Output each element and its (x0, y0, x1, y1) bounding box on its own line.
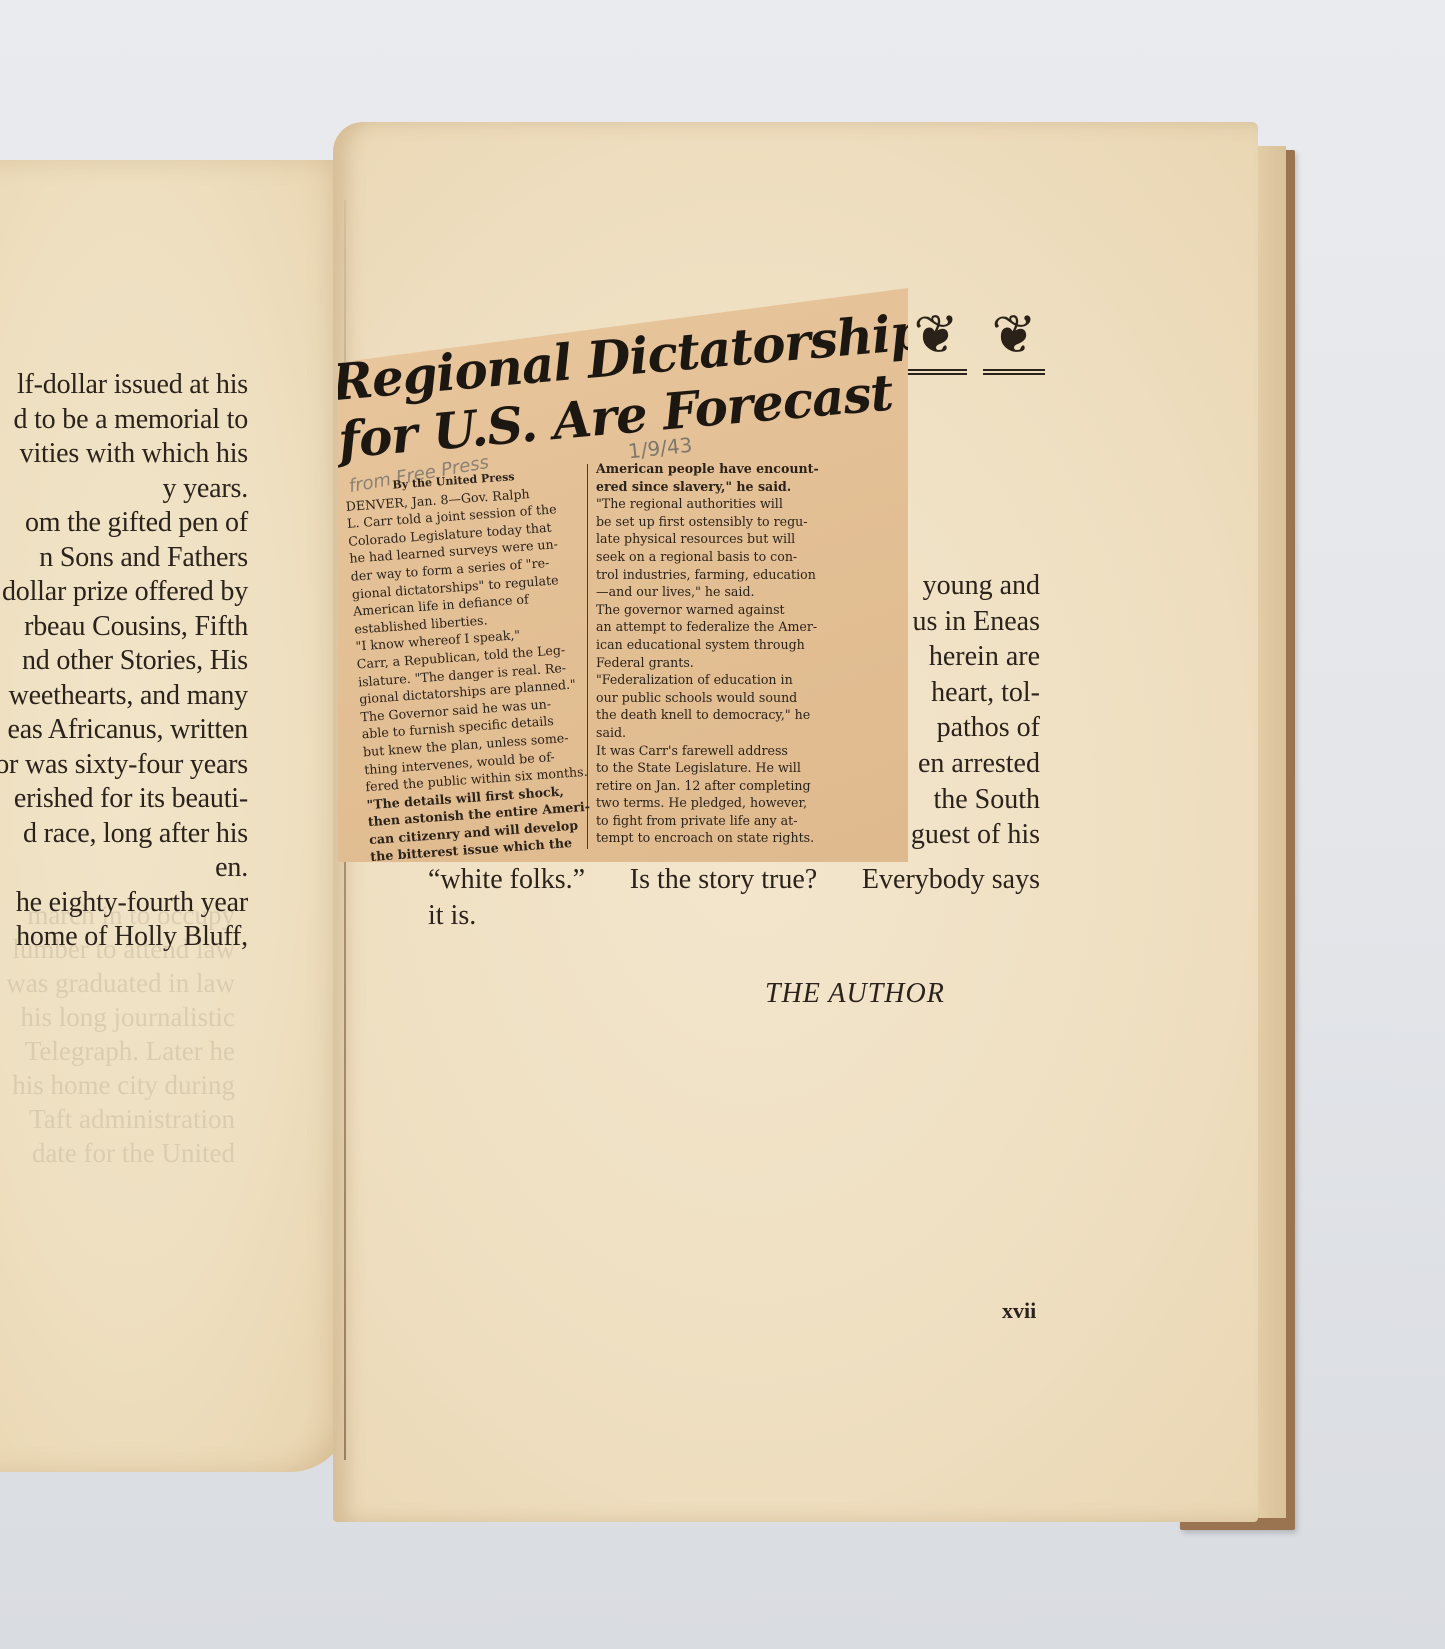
clipping-line: trol industries, farming, education (596, 566, 901, 584)
fountain-ornament-icon: ❦ (983, 305, 1045, 375)
clipping-line: an attempt to federalize the Amer- (596, 618, 901, 636)
text-line: us in Eneas (905, 604, 1040, 640)
clipping-column-1: By the United Press DENVER, Jan. 8—Gov. … (344, 463, 610, 866)
text-line: nd other Stories, His (0, 644, 248, 679)
clipping-line: two terms. He pledged, however, (596, 794, 901, 812)
author-signature: THE AUTHOR (765, 978, 945, 1010)
closing-phrase: “white folks.” (428, 862, 585, 898)
clipping-line: ered since slavery," he said. (596, 478, 901, 496)
clipping-line: American people have encount- (596, 460, 901, 478)
text-line: dollar prize offered by (0, 575, 248, 610)
text-line: d race, long after his (0, 817, 248, 852)
right-page-closing-text: “white folks.” Is the story true? Everyb… (428, 862, 1040, 934)
handwritten-date-note: 1/9/43 (627, 433, 694, 464)
text-line: guest of his (905, 817, 1040, 853)
clipping-line: "Federalization of education in (596, 671, 901, 689)
clipping-line: It was Carr's farewell address (596, 742, 901, 760)
closing-line: it is. (428, 898, 1040, 934)
text-line: lf-dollar issued at his (0, 368, 248, 403)
clipping-line: Federal grants. (596, 654, 901, 672)
text-line: y years. (0, 472, 248, 507)
text-line: vities with which his (0, 437, 248, 472)
clipping-line: be set up first ostensibly to regu- (596, 513, 901, 531)
bleed-through-line: was graduated in law (0, 966, 235, 1000)
clipping-line: the death knell to democracy," he (596, 706, 901, 724)
text-line: young and (905, 568, 1040, 604)
text-line: the South (905, 782, 1040, 818)
clipping-line: retire on Jan. 12 after completing (596, 777, 901, 795)
text-line: home of Holly Bluff, (0, 920, 248, 955)
text-line: heart, tol- (905, 675, 1040, 711)
text-line: en. (0, 851, 248, 886)
clipping-line: late physical resources but will (596, 530, 901, 548)
text-line: weethearts, and many (0, 679, 248, 714)
bleed-through-line: his home city during (0, 1068, 235, 1102)
fountain-ornaments: ❦ ❦ (905, 305, 1045, 375)
closing-phrase: Everybody says (862, 862, 1040, 898)
text-line: he eighty-fourth year (0, 886, 248, 921)
text-line: eas Africanus, written (0, 713, 248, 748)
text-line: om the gifted pen of (0, 506, 248, 541)
text-line: pathos of (905, 710, 1040, 746)
bleed-through-line: Taft administration (0, 1102, 235, 1136)
clipping-line: said. (596, 724, 901, 742)
text-line: rbeau Cousins, Fifth (0, 610, 248, 645)
left-page: march in to occupylumber to attend lawwa… (0, 160, 350, 1472)
bleed-through-line: date for the United (0, 1136, 235, 1170)
text-line: or was sixty-four years (0, 748, 248, 783)
text-line: herein are (905, 639, 1040, 675)
clipping-line: tempt to encroach on state rights. (596, 829, 901, 847)
text-line: en arrested (905, 746, 1040, 782)
clipping-line: "The regional authorities will (596, 495, 901, 513)
bleed-through-line: his long journalistic (0, 1000, 235, 1034)
fountain-ornament-icon: ❦ (905, 305, 967, 375)
left-page-text: lf-dollar issued at hisd to be a memoria… (0, 368, 248, 955)
clipping-column-2: American people have encount-ered since … (596, 460, 901, 847)
clipping-line: The governor warned against (596, 601, 901, 619)
clipping-line: ican educational system through (596, 636, 901, 654)
clipping-line: —and our lives," he said. (596, 583, 901, 601)
clipping-line: seek on a regional basis to con- (596, 548, 901, 566)
clipping-line: to fight from private life any at- (596, 812, 901, 830)
clipping-line: to the State Legislature. He will (596, 759, 901, 777)
text-line: n Sons and Fathers (0, 541, 248, 576)
clipping-line: our public schools would sound (596, 689, 901, 707)
text-line: erished for its beauti- (0, 782, 248, 817)
closing-phrase: Is the story true? (630, 862, 817, 898)
text-line: d to be a memorial to (0, 403, 248, 438)
newspaper-clipping: Regional Dictatorships for U.S. Are Fore… (338, 288, 908, 862)
bleed-through-line: Telegraph. Later he (0, 1034, 235, 1068)
page-number: xvii (1002, 1298, 1036, 1324)
right-page-side-text: young andus in Eneasherein areheart, tol… (905, 568, 1040, 853)
